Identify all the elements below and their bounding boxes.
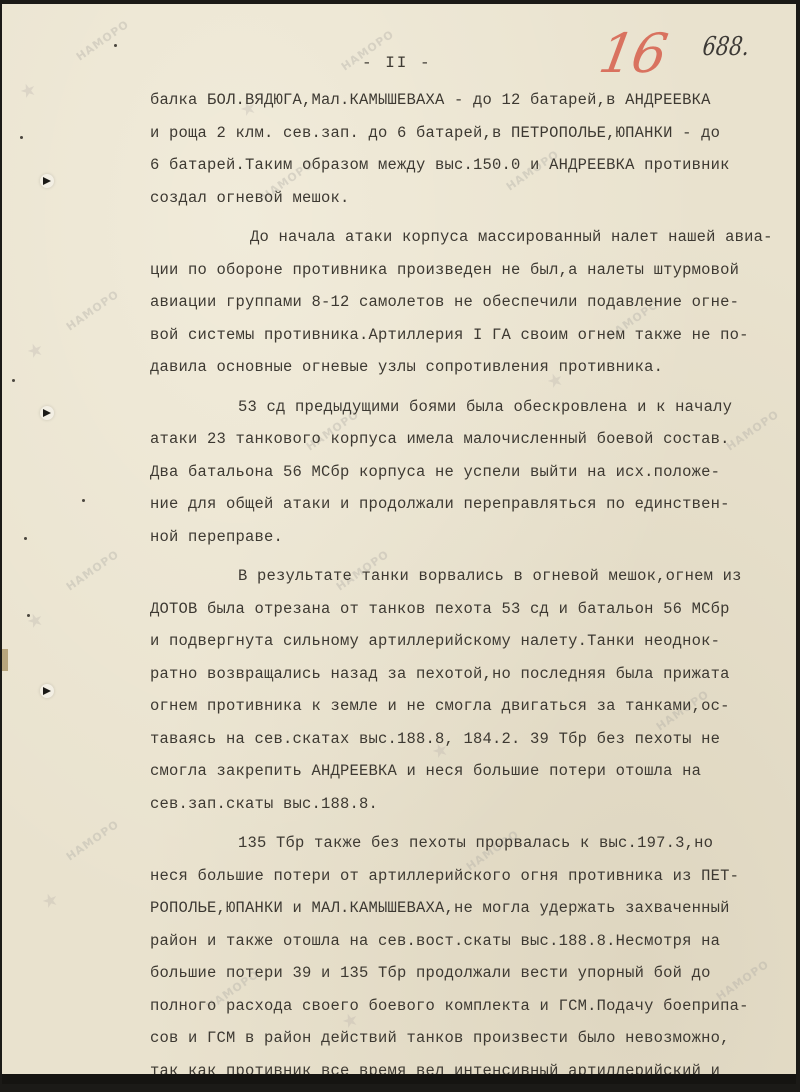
paragraph-p2: До начала атаки корпуса массированный на… [150, 221, 790, 384]
text-line: Два батальона 56 МСбр корпуса не успели … [150, 456, 790, 489]
text-line: До начала атаки корпуса массированный на… [150, 221, 790, 254]
archive-sheet-number-red: 16 [594, 22, 670, 85]
binding-tab [2, 649, 8, 671]
watermark-star-icon: ★ [15, 72, 40, 106]
text-line: 53 сд предыдущими боями была обескровлен… [150, 391, 790, 424]
binding-hole [40, 406, 54, 420]
page-marker: - II - [362, 54, 432, 72]
watermark: НАМОРО [64, 818, 122, 864]
paper-speck [20, 136, 23, 139]
page-bottom-edge [2, 1074, 796, 1084]
paragraph-p5: 135 Тбр также без пехоты прорвалась к вы… [150, 827, 790, 1084]
text-line: большие потери 39 и 135 Тбр продолжали в… [150, 957, 790, 990]
text-line: давила основные огневые узлы сопротивлен… [150, 351, 790, 384]
text-line: 135 Тбр также без пехоты прорвалась к вы… [150, 827, 790, 860]
text-line: сев.зап.скаты выс.188.8. [150, 788, 790, 821]
text-line: вой системы противника.Артиллерия I ГА с… [150, 319, 790, 352]
text-line: авиации группами 8-12 самолетов не обесп… [150, 286, 790, 319]
paragraph-p4: В результате танки ворвались в огневой м… [150, 560, 790, 820]
text-line: район и также отошла на сев.вост.скаты в… [150, 925, 790, 958]
watermark: НАМОРО [74, 18, 132, 64]
paragraph-gap [150, 553, 790, 560]
binding-hole [40, 684, 54, 698]
paper-speck [27, 614, 30, 617]
paragraph-gap [150, 214, 790, 221]
paper-speck [24, 537, 27, 540]
paragraph-gap [150, 384, 790, 391]
text-line: неся большие потери от артиллерийского о… [150, 860, 790, 893]
document-page: НАМОРО НАМОРО НАМОРО НАМОРО НАМОРО НАМОР… [2, 4, 796, 1084]
text-line: полного расхода своего боевого комплекта… [150, 990, 790, 1023]
text-line: ние для общей атаки и продолжали перепра… [150, 488, 790, 521]
text-line: ции по обороне противника произведен не … [150, 254, 790, 287]
text-line: ДОТОВ была отрезана от танков пехота 53 … [150, 593, 790, 626]
paper-speck [114, 44, 117, 47]
paper-speck [82, 499, 85, 502]
text-line: смогла закрепить АНДРЕЕВКА и неся больши… [150, 755, 790, 788]
paragraph-p3: 53 сд предыдущими боями была обескровлен… [150, 391, 790, 554]
watermark: НАМОРО [64, 288, 122, 334]
text-line: балка БОЛ.ВЯДЮГА,Мал.КАМЫШЕВАХА - до 12 … [150, 84, 790, 117]
text-line: В результате танки ворвались в огневой м… [150, 560, 790, 593]
text-line: 6 батарей.Таким образом между выс.150.0 … [150, 149, 790, 182]
paper-speck [12, 379, 15, 382]
text-line: и подвергнута сильному артиллерийскому н… [150, 625, 790, 658]
paragraph-gap [150, 820, 790, 827]
archive-sheet-number-ink: 688. [701, 32, 751, 62]
text-line: ратно возвращались назад за пехотой,но п… [150, 658, 790, 691]
document-body: балка БОЛ.ВЯДЮГА,Мал.КАМЫШЕВАХА - до 12 … [150, 84, 790, 1084]
text-line: атаки 23 танкового корпуса имела малочис… [150, 423, 790, 456]
watermark-star-icon: ★ [22, 332, 47, 366]
watermark-star-icon: ★ [22, 602, 47, 636]
text-line: ной переправе. [150, 521, 790, 554]
text-line: сов и ГСМ в район действий танков произв… [150, 1022, 790, 1055]
paragraph-p1: балка БОЛ.ВЯДЮГА,Мал.КАМЫШЕВАХА - до 12 … [150, 84, 790, 214]
watermark-star-icon: ★ [37, 882, 62, 916]
watermark: НАМОРО [64, 548, 122, 594]
text-line: и роща 2 клм. сев.зап. до 6 батарей,в ПЕ… [150, 117, 790, 150]
text-line: таваясь на сев.скатах выс.188.8, 184.2. … [150, 723, 790, 756]
text-line: создал огневой мешок. [150, 182, 790, 215]
text-line: РОПОЛЬЕ,ЮПАНКИ и МАЛ.КАМЫШЕВАХА,не могла… [150, 892, 790, 925]
text-line: огнем противника к земле и не смогла дви… [150, 690, 790, 723]
binding-hole [40, 174, 54, 188]
